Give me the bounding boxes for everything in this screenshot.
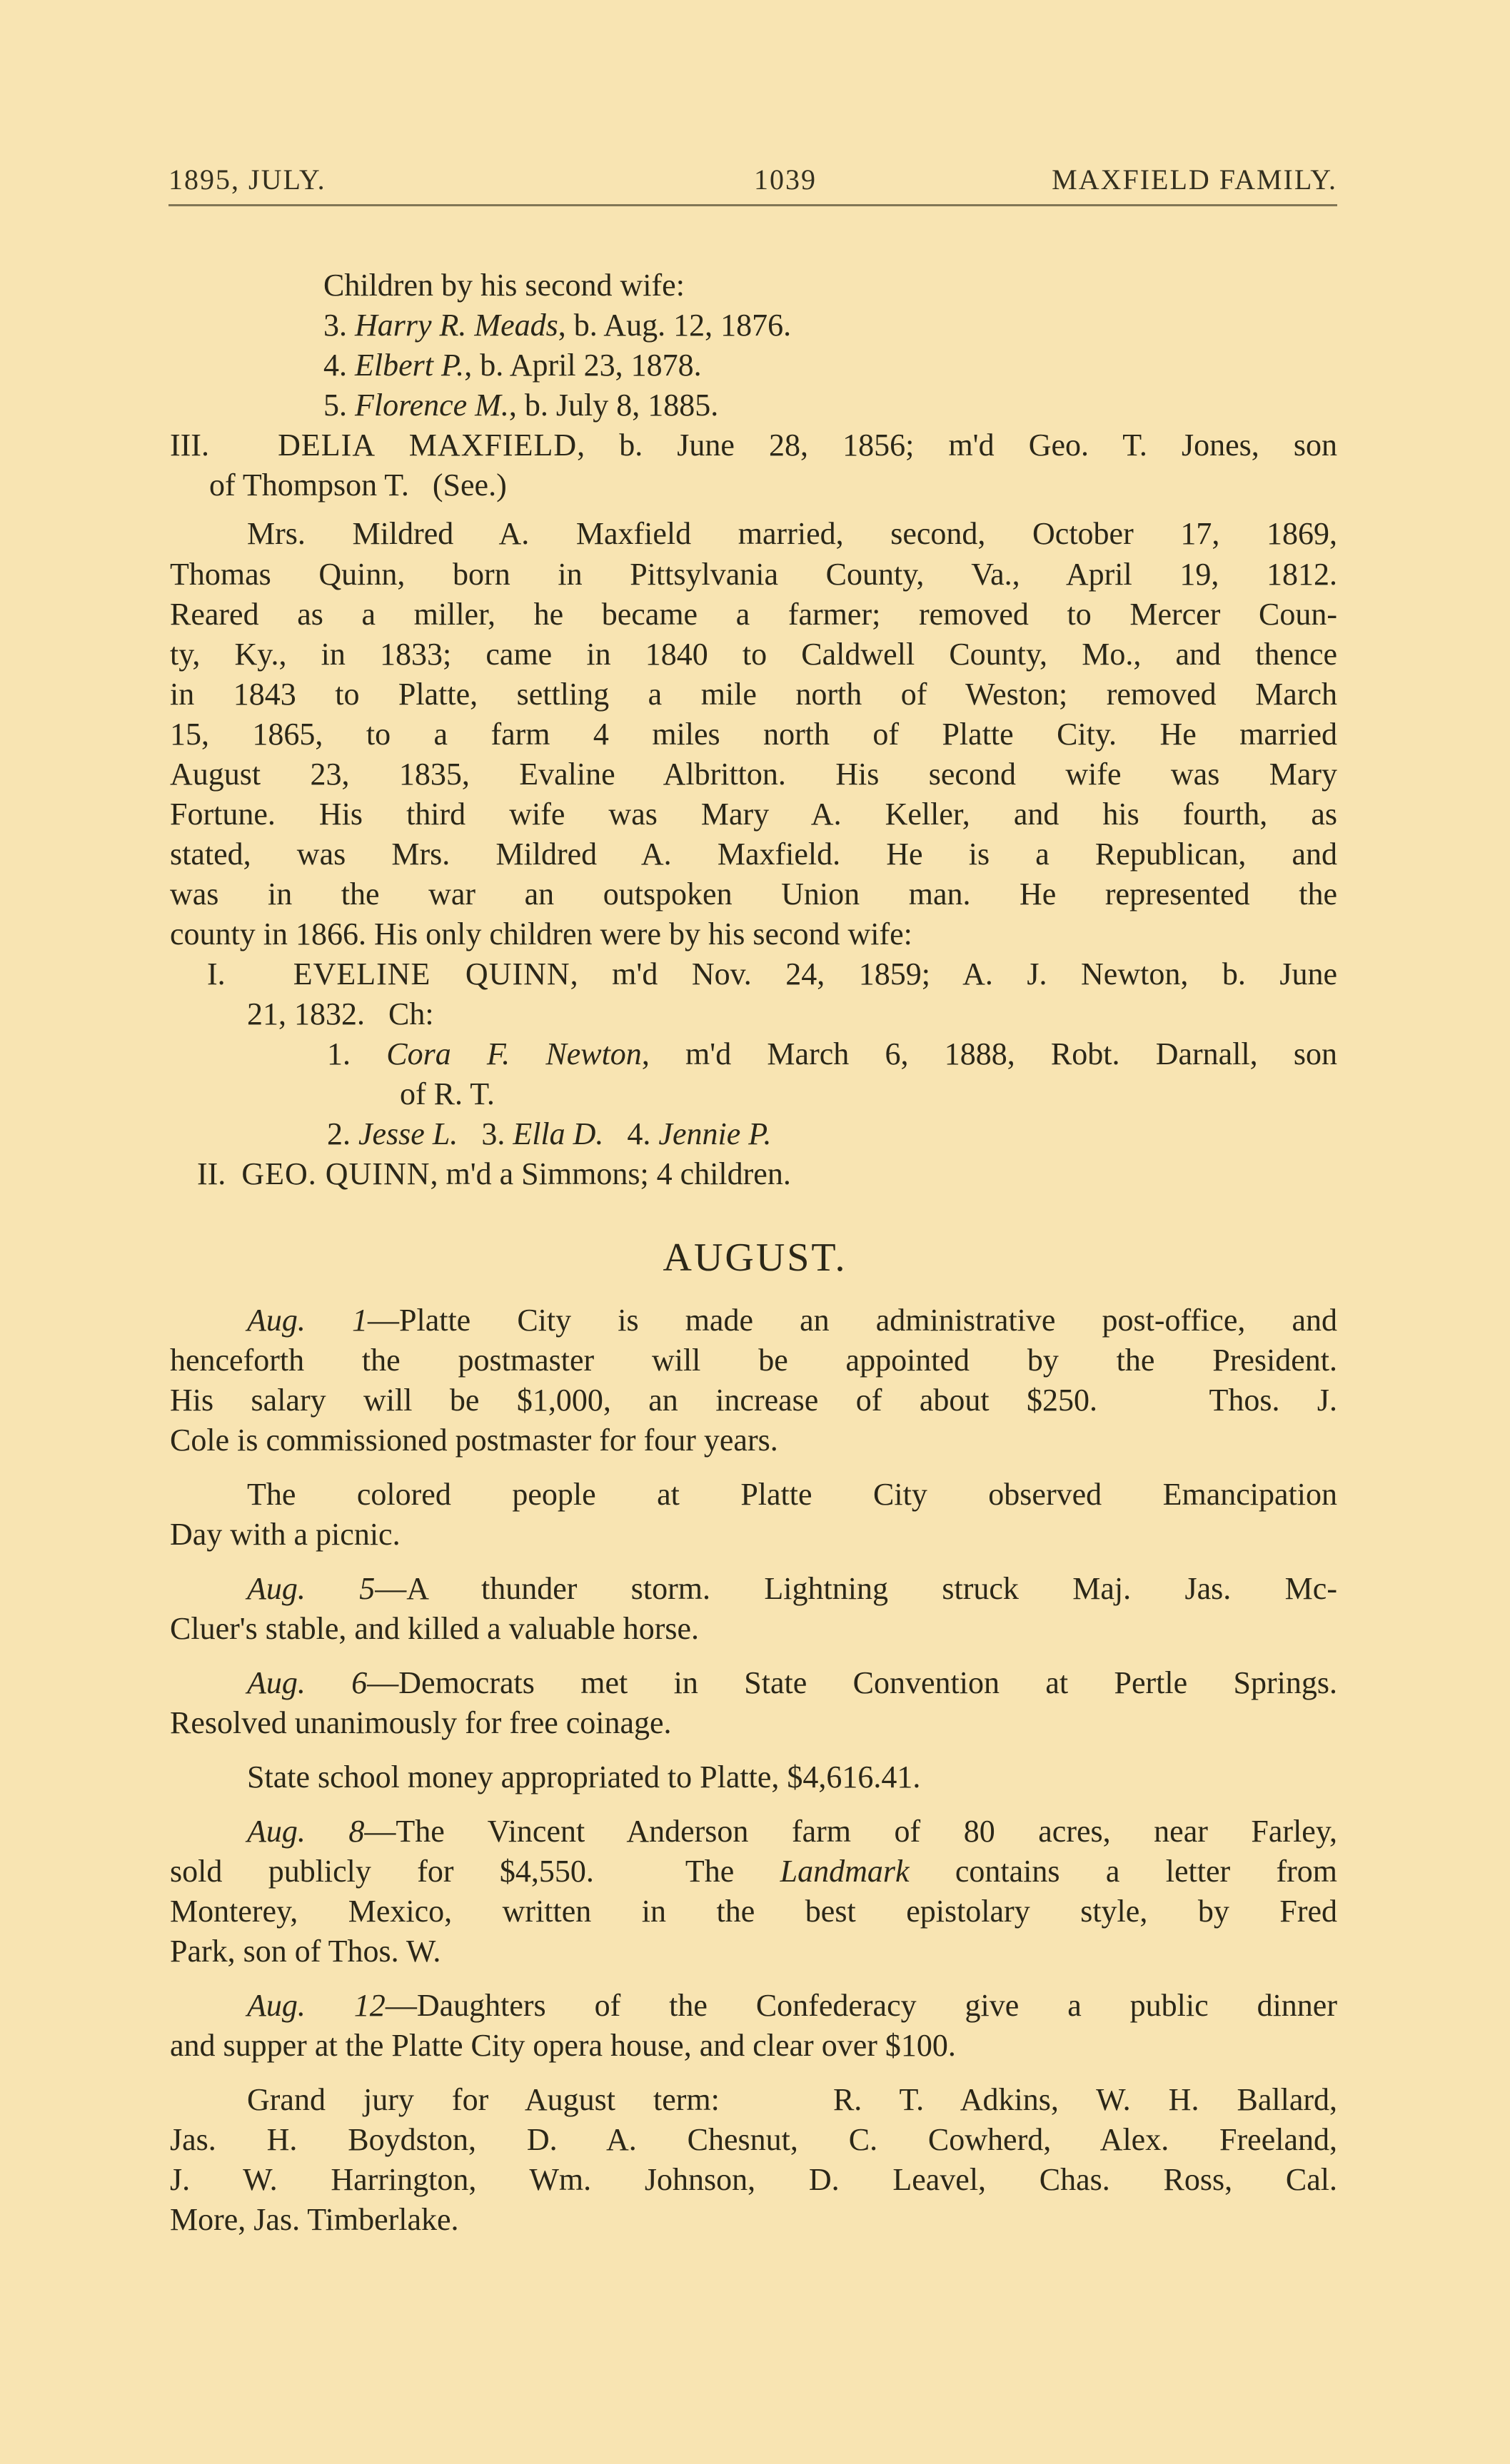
eveline-entry: I. EVELINE QUINN, m'd Nov. 24, 1859; A. …	[207, 954, 1337, 994]
running-head-title: MAXFIELD FAMILY.	[1052, 163, 1337, 196]
entry-line: More, Jas. Timberlake.	[170, 2200, 459, 2240]
children-intro: Children by his second wife:	[323, 266, 685, 306]
newspaper-title: Landmark	[780, 1854, 910, 1889]
entry-line: Resolved unanimously for free coinage.	[170, 1703, 672, 1743]
entry-line: Jas. H. Boydston, D. A. Chesnut, C. Cowh…	[170, 2120, 1337, 2160]
entry-line: State school money appropriated to Platt…	[247, 1757, 920, 1797]
cora-entry: 1. Cora F. Newton, m'd March 6, 1888, Ro…	[327, 1034, 1337, 1074]
entry-line: Monterey, Mexico, written in the best ep…	[170, 1892, 1337, 1932]
section-heading-august: AUGUST.	[0, 1235, 1510, 1281]
page-number: 1039	[754, 163, 817, 196]
child-entry: 3. Harry R. Meads, b. Aug. 12, 1876.	[323, 306, 791, 345]
entry-line: and supper at the Platte City opera hous…	[170, 2026, 956, 2066]
entry-line: Cole is commissioned postmaster for four…	[170, 1420, 778, 1460]
entry-line: Cluer's stable, and killed a valuable ho…	[170, 1609, 699, 1649]
running-head-date: 1895, JULY.	[168, 163, 326, 196]
entry-line: J. W. Harrington, Wm. Johnson, D. Leavel…	[170, 2160, 1337, 2200]
paragraph-line: was in the war an outspoken Union man. H…	[170, 874, 1337, 914]
paragraph-line: Mrs. Mildred A. Maxfield married, second…	[247, 514, 1337, 554]
entry-line: Aug. 6—Democrats met in State Convention…	[247, 1663, 1337, 1703]
entry-line: Day with a picnic.	[170, 1515, 401, 1555]
entry-line: sold publicly for $4,550. The Landmark c…	[170, 1852, 1337, 1892]
eveline-entry-cont: 21, 1832. Ch:	[247, 994, 434, 1034]
child-entry: 4. Elbert P., b. April 23, 1878.	[323, 345, 702, 385]
paragraph-line: Fortune. His third wife was Mary A. Kell…	[170, 794, 1337, 834]
running-head: 1895, JULY. 1039 MAXFIELD FAMILY.	[168, 163, 1337, 198]
entry-line: The colored people at Platte City observ…	[247, 1475, 1337, 1515]
child-entry: 5. Florence M., b. July 8, 1885.	[323, 385, 718, 425]
entry-line: henceforth the postmaster will be appoin…	[170, 1340, 1337, 1380]
delia-entry-cont: of Thompson T. (See.)	[209, 465, 507, 505]
entry-line: Park, son of Thos. W.	[170, 1932, 441, 1971]
paragraph-line: county in 1866. His only children were b…	[170, 914, 912, 954]
paragraph-line: 15, 1865, to a farm 4 miles north of Pla…	[170, 715, 1337, 754]
delia-entry: III. DELIA MAXFIELD, b. June 28, 1856; m…	[170, 425, 1337, 465]
paragraph-line: Thomas Quinn, born in Pittsylvania Count…	[170, 555, 1337, 595]
geo-entry: II. GEO. QUINN, m'd a Simmons; 4 childre…	[197, 1154, 791, 1194]
paragraph-line: stated, was Mrs. Mildred A. Maxfield. He…	[170, 834, 1337, 874]
cora-entry-cont: of R. T.	[400, 1074, 495, 1114]
paragraph-line: in 1843 to Platte, settling a mile north…	[170, 675, 1337, 715]
entry-line: Aug. 12—Daughters of the Confederacy giv…	[247, 1986, 1337, 2026]
entry-line: His salary will be $1,000, an increase o…	[170, 1380, 1337, 1420]
paragraph-line: August 23, 1835, Evaline Albritton. His …	[170, 754, 1337, 794]
entry-line: Aug. 5—A thunder storm. Lightning struck…	[247, 1569, 1337, 1609]
entry-line: Grand jury for August term: R. T. Adkins…	[247, 2080, 1337, 2120]
entry-line: Aug. 1—Platte City is made an administra…	[247, 1301, 1337, 1340]
header-rule	[168, 204, 1337, 206]
entry-line: Aug. 8—The Vincent Anderson farm of 80 a…	[247, 1812, 1337, 1852]
book-page: 1895, JULY. 1039 MAXFIELD FAMILY. Childr…	[0, 0, 1510, 2464]
paragraph-line: Reared as a miller, he became a farmer; …	[170, 595, 1337, 635]
other-children: 2. Jesse L. 3. Ella D. 4. Jennie P.	[327, 1114, 771, 1154]
paragraph-line: ty, Ky., in 1833; came in 1840 to Caldwe…	[170, 635, 1337, 675]
